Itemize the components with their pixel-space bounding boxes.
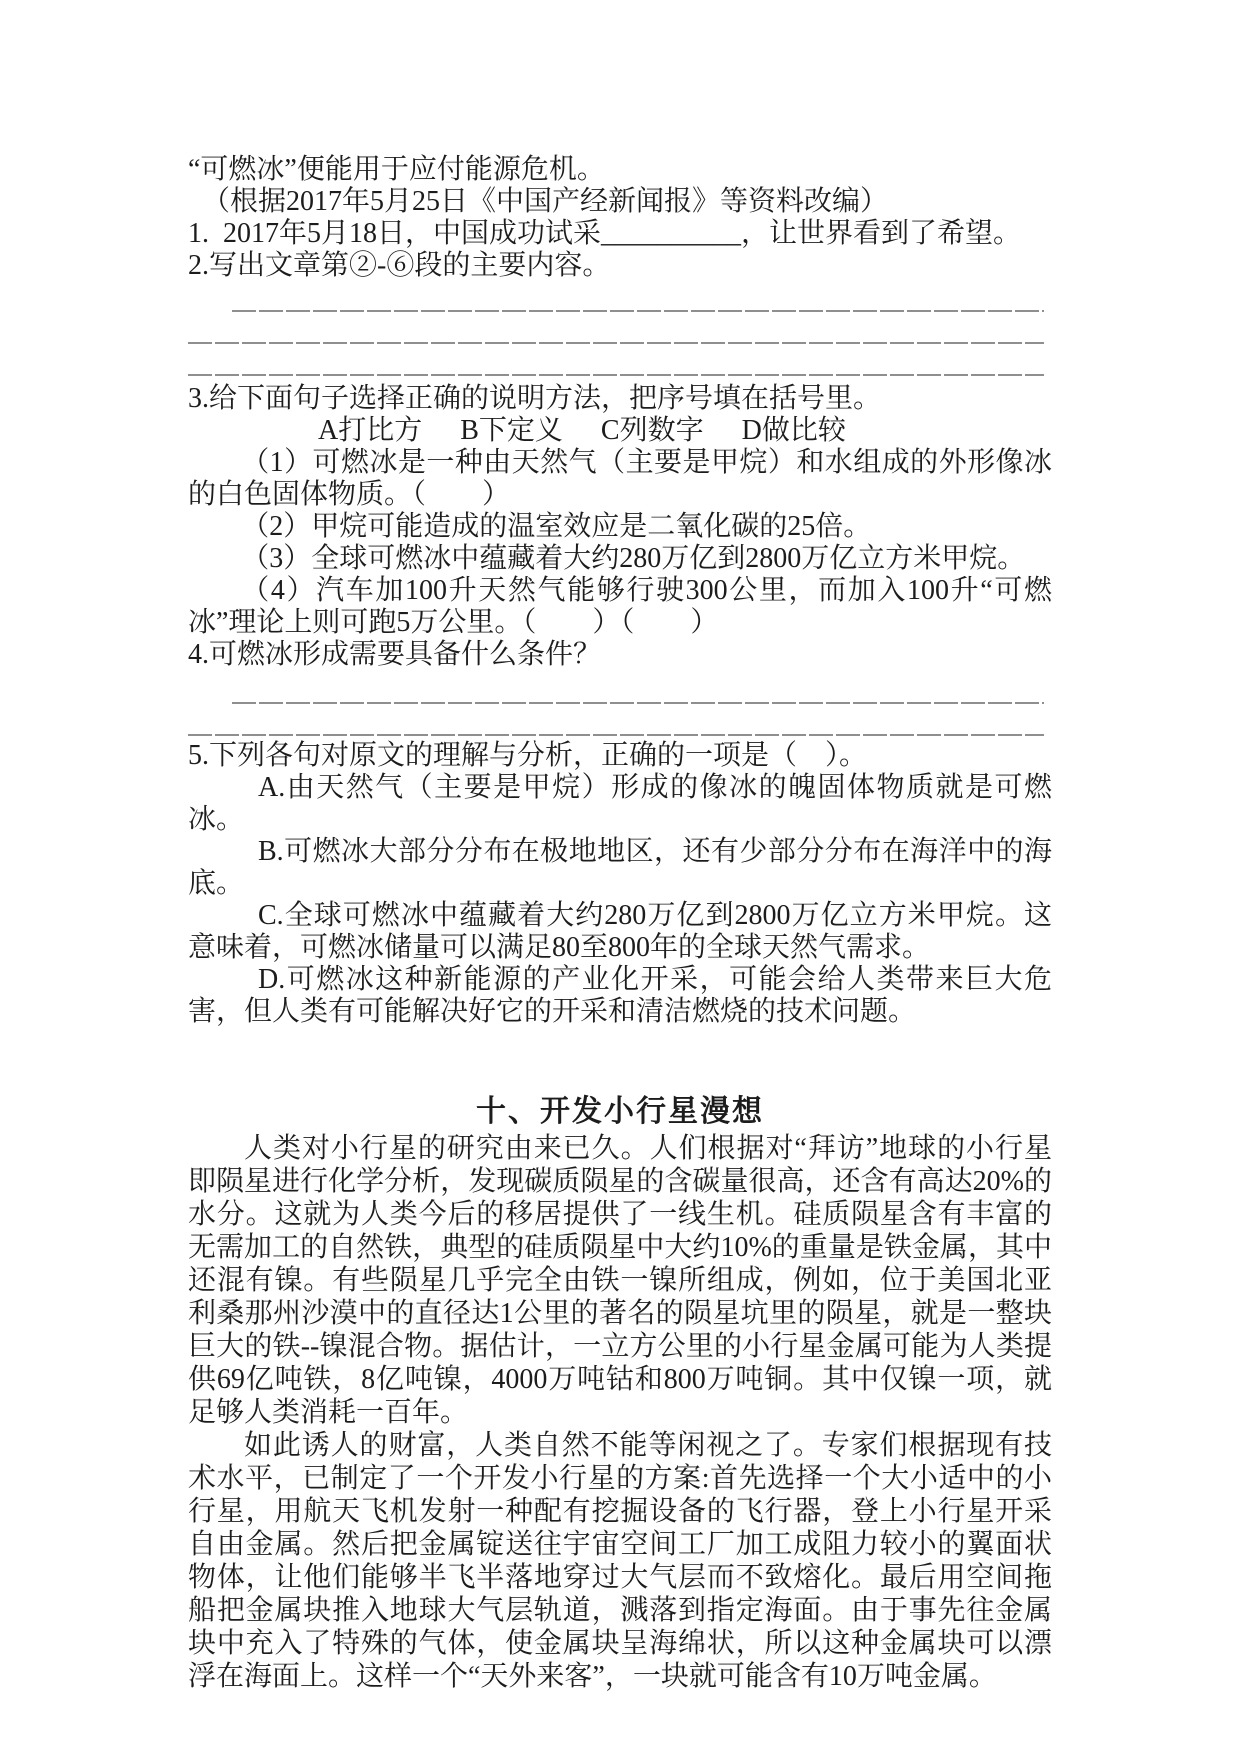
question-4: 4.可燃冰形成需要具备什么条件？ [188,639,1052,671]
question-5-option-a: A.由天然气（主要是甲烷）形成的像冰的魄固体物质就是可燃冰。 [188,772,1052,836]
passage-paragraph-2: 如此诱人的财富，人类自然不能等闲视之了。专家们根据现有技术水平，已制定了一个开发… [188,1429,1052,1693]
question-3: 3.给下面句子选择正确的说明方法，把序号填在括号里。 [188,383,1052,415]
answer-line[interactable] [188,312,1044,344]
question-5: 5.下列各句对原文的理解与分析，正确的一项是（ ）。 [188,740,1052,772]
worksheet-page: “可燃冰”便能用于应付能源危机。 （根据2017年5月25日《中国产经新闻报》等… [0,0,1241,1754]
section-methane-ice-questions: “可燃冰”便能用于应付能源危机。 （根据2017年5月25日《中国产经新闻报》等… [188,154,1052,1028]
question-1-prefix: 1. 2017年5月18日，中国成功试采 [188,218,601,249]
passage-tail-line: “可燃冰”便能用于应付能源危机。 [188,154,1052,186]
question-5-option-b: B.可燃冰大部分分布在极地地区，还有少部分分布在海洋中的海底。 [188,836,1052,900]
passage-title: 十、开发小行星漫想 [188,1092,1052,1132]
answer-line[interactable] [188,704,1044,736]
section-asteroid-passage: 十、开发小行星漫想 人类对小行星的研究由来已久。人们根据对“拜访”地球的小行星即… [188,1092,1052,1693]
method-option-c: C列数字 [601,415,704,447]
passage-paragraph-1: 人类对小行星的研究由来已久。人们根据对“拜访”地球的小行星即陨星进行化学分析，发… [188,1132,1052,1429]
question-1: 1. 2017年5月18日，中国成功试采__________，让世界看到了希望。 [188,218,1052,250]
method-options-row: A打比方 B下定义 C列数字 D做比较 [188,415,1052,447]
question-5-option-d: D.可燃冰这种新能源的产业化开采，可能会给人类带来巨大危害，但人类有可能解决好它… [188,964,1052,1028]
question-3-item-2: （2）甲烷可能造成的温室效应是二氧化碳的25倍。 [188,511,1052,543]
question-1-suffix: ，让世界看到了希望。 [741,218,1021,249]
question-3-item-1: （1）可燃冰是一种由天然气（主要是甲烷）和水组成的外形像冰的白色固体物质。（ ） [188,447,1052,511]
method-option-a: A打比方 [318,415,422,447]
source-attribution: （根据2017年5月25日《中国产经新闻报》等资料改编） [188,186,1052,218]
question-5-option-c: C.全球可燃冰中蕴藏着大约280万亿到2800万亿立方米甲烷。这意味着，可燃冰储… [188,900,1052,964]
question-3-item-4: （4）汽车加100升天然气能够行驶300公里，而加入100升“可燃冰”理论上则可… [188,575,1052,639]
method-option-d: D做比较 [742,415,846,447]
answer-line[interactable] [232,282,1044,312]
method-option-b: B下定义 [460,415,563,447]
question-2: 2.写出文章第②-⑥段的主要内容。 [188,250,1052,282]
answer-line[interactable] [188,344,1044,376]
question-3-item-3: （3）全球可燃冰中蕴藏着大约280万亿到2800万亿立方米甲烷。 [188,543,1052,575]
question-1-answer-blank[interactable]: __________ [601,218,741,249]
answer-line[interactable] [232,671,1044,704]
